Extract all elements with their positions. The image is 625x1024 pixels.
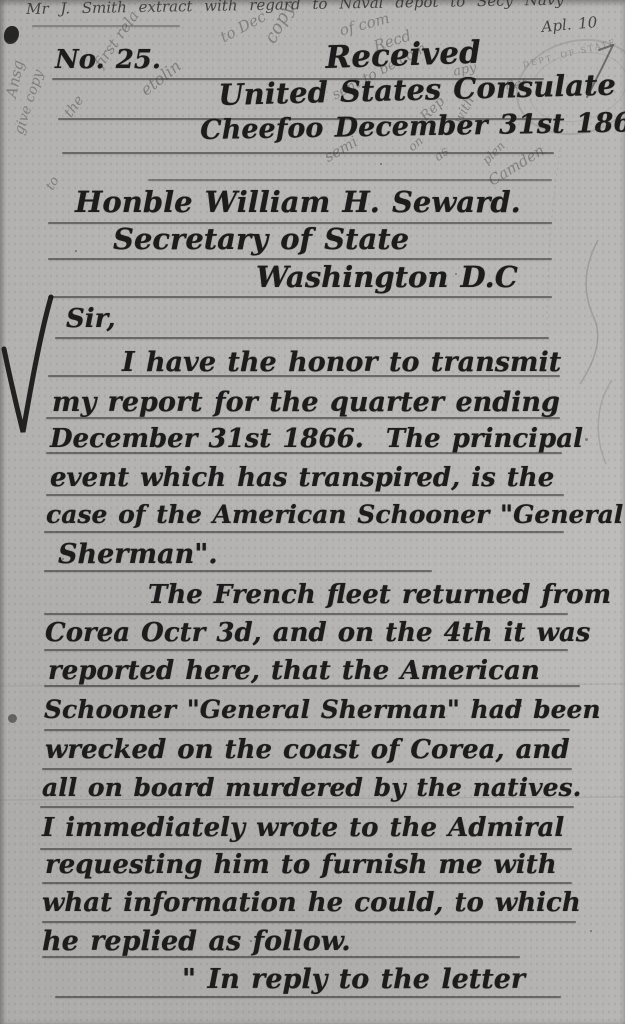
ruled-line: [44, 531, 564, 533]
ruled-line: [55, 996, 561, 998]
archivist-date-note: Apl. 10: [541, 15, 598, 35]
ruled-line: [55, 337, 549, 339]
letter-number: No. 25.: [55, 47, 161, 73]
ruled-line: [44, 729, 570, 731]
paper-speck: [168, 640, 170, 642]
recipient-title: Secretary of State: [113, 225, 409, 254]
salutation: Sir,: [66, 306, 116, 332]
ruled-line: [44, 613, 568, 615]
recipient-city: Washington D.C: [256, 263, 518, 292]
body-line-13: I immediately wrote to the Admiral: [42, 815, 564, 841]
body-line-4: event which has transpired, is the: [50, 465, 554, 491]
pencil-squiggle-right-1: [580, 240, 598, 384]
body-line-9: reported here, that the American: [48, 658, 540, 684]
ruled-line: [44, 649, 568, 651]
pencil-scrawl: as: [432, 145, 451, 164]
pencil-scrawl: the: [62, 93, 87, 120]
document-page: copyof comRecdto Decfirst relaetolinAnsg…: [0, 0, 625, 1024]
paper-speck: [62, 558, 64, 560]
paper-speck: [585, 438, 588, 441]
body-line-1: I have the honor to transmit: [122, 349, 561, 376]
body-line-7: The French fleet returned from: [148, 582, 611, 608]
body-line-11: wrecked on the coast of Corea, and: [45, 737, 570, 763]
body-line-16: he replied as follow.: [42, 928, 351, 955]
ruled-line: [48, 296, 552, 298]
check-mark-ink: [4, 297, 51, 432]
body-line-10: Schooner "General Sherman" had been: [44, 697, 601, 722]
body-line-15: what information he could, to which: [42, 890, 581, 916]
paper-speck: [92, 903, 94, 905]
ruled-line: [42, 882, 572, 884]
recipient-name: Honble William H. Seward.: [75, 188, 521, 217]
ruled-line: [42, 768, 572, 770]
body-line-6: Sherman".: [58, 541, 218, 568]
ruled-line: [62, 152, 554, 154]
ruled-line: [44, 570, 432, 572]
ruled-line: [46, 494, 564, 496]
body-line-17: " In reply to the letter: [182, 966, 525, 993]
paper-speck: [590, 930, 592, 932]
pencil-scrawl: to: [44, 175, 62, 193]
paper-speck: [380, 163, 382, 165]
body-line-12: all on board murdered by the natives.: [42, 775, 581, 800]
pencil-squiggle-right-2: [598, 380, 612, 464]
received-label: Received: [325, 38, 481, 74]
ink-blot-left-margin: [8, 714, 17, 723]
paper-speck: [250, 940, 252, 942]
ruled-line: [40, 806, 574, 808]
body-line-8: Corea Octr 3d, and on the 4th it was: [45, 620, 590, 646]
body-line-3: December 31st 1866. The principal: [50, 426, 583, 452]
body-line-2: my report for the quarter ending: [52, 389, 560, 416]
paper-speck: [303, 862, 306, 865]
ruled-line: [42, 921, 576, 923]
body-line-5: case of the American Schooner "General: [46, 502, 623, 527]
paper-speck: [75, 250, 77, 252]
body-line-14: requesting him to furnish me with: [45, 852, 557, 878]
paper-speck: [520, 705, 522, 707]
paper-speck: [455, 273, 457, 275]
ink-blot-top-left: [4, 26, 19, 44]
paper-speck: [540, 858, 543, 861]
ruled-line: [32, 25, 180, 27]
